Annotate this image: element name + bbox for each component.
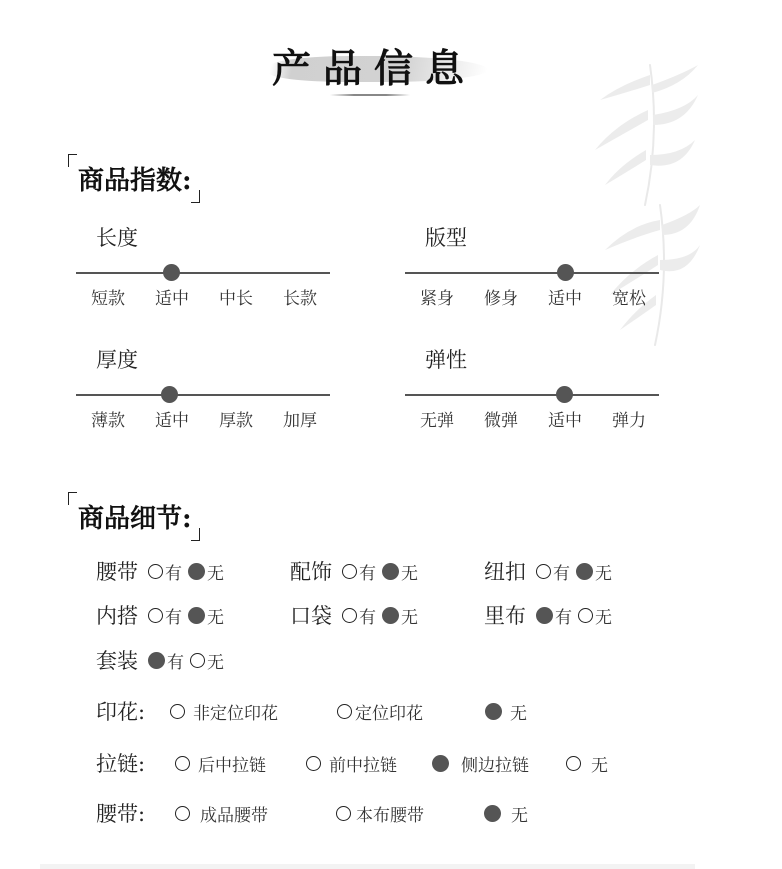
page-title-block: 产品信息 <box>262 30 492 100</box>
radio-no-label: 无 <box>207 559 224 584</box>
print-option-none[interactable]: 无 <box>485 699 533 724</box>
radio-no-label: 无 <box>401 603 418 628</box>
metric-option[interactable]: 弹力 <box>597 406 661 431</box>
metric-fit: 版型 紧身 修身 适中 宽松 <box>405 222 661 332</box>
radio-yes[interactable] <box>536 564 551 579</box>
option-label: 侧边拉链 <box>461 751 529 776</box>
radio[interactable] <box>306 756 321 771</box>
detail-label: 套装 <box>96 645 138 675</box>
zipper-option-front[interactable]: 前中拉链 <box>306 751 403 776</box>
metric-thickness: 厚度 薄款 适中 厚款 加厚 <box>76 344 332 454</box>
radio[interactable] <box>432 755 449 772</box>
detail-row: 内搭 有 无 口袋 有 无 里布 有 无 <box>96 600 618 630</box>
zipper-option-none[interactable]: 无 <box>566 751 614 776</box>
print-option-non-positional[interactable]: 非定位印花 <box>170 699 284 724</box>
detail-label: 印花: <box>96 696 145 726</box>
metric-option[interactable]: 适中 <box>140 284 204 309</box>
section-heading-text: 商品指数: <box>78 166 192 196</box>
metric-track <box>405 272 659 274</box>
title-divider <box>330 94 410 96</box>
radio-no[interactable] <box>188 563 205 580</box>
radio-yes[interactable] <box>342 564 357 579</box>
radio[interactable] <box>170 704 185 719</box>
radio-yes[interactable] <box>148 564 163 579</box>
detail-label: 口袋 <box>290 600 332 630</box>
detail-inner-layer: 内搭 有 无 <box>96 600 290 630</box>
metric-label: 长度 <box>96 222 138 252</box>
section-heading-index: 商品指数: <box>78 160 192 197</box>
detail-label: 纽扣 <box>484 556 526 586</box>
metric-label: 弹性 <box>425 344 467 374</box>
detail-set: 套装 有 无 <box>96 645 230 675</box>
radio[interactable] <box>485 703 502 720</box>
detail-accessories: 配饰 有 无 <box>290 556 484 586</box>
detail-row: 套装 有 无 <box>96 645 230 675</box>
radio[interactable] <box>566 756 581 771</box>
metric-option[interactable]: 加厚 <box>268 406 332 431</box>
metric-option[interactable]: 适中 <box>533 406 597 431</box>
radio-no-label: 无 <box>401 559 418 584</box>
metric-track <box>76 394 330 396</box>
detail-label: 里布 <box>484 600 526 630</box>
radio-yes-label: 有 <box>165 559 182 584</box>
detail-label: 拉链: <box>96 748 145 778</box>
radio-yes[interactable] <box>148 652 165 669</box>
page-title: 产品信息 <box>272 38 476 94</box>
metric-elasticity: 弹性 无弹 微弹 适中 弹力 <box>405 344 661 454</box>
metric-options: 薄款 适中 厚款 加厚 <box>76 406 332 431</box>
detail-buttons: 纽扣 有 无 <box>484 556 618 586</box>
metric-option[interactable]: 适中 <box>533 284 597 309</box>
radio-yes[interactable] <box>342 608 357 623</box>
metric-option[interactable]: 紧身 <box>405 284 469 309</box>
metric-track <box>405 394 659 396</box>
radio-no[interactable] <box>188 607 205 624</box>
metric-option[interactable]: 厚款 <box>204 406 268 431</box>
option-label: 无 <box>591 751 608 776</box>
detail-lining: 里布 有 无 <box>484 600 618 630</box>
option-label: 无 <box>510 699 527 724</box>
radio-no[interactable] <box>578 608 593 623</box>
radio-yes-label: 有 <box>555 603 572 628</box>
metric-option[interactable]: 中长 <box>204 284 268 309</box>
radio-no[interactable] <box>190 653 205 668</box>
bottom-divider <box>40 864 695 869</box>
metric-option[interactable]: 适中 <box>140 406 204 431</box>
detail-belt: 腰带 有 无 <box>96 556 290 586</box>
waistband-option-finished[interactable]: 成品腰带 <box>175 801 274 826</box>
radio-no[interactable] <box>382 563 399 580</box>
option-label: 定位印花 <box>355 699 423 724</box>
metric-option[interactable]: 宽松 <box>597 284 661 309</box>
radio-no-label: 无 <box>207 648 224 673</box>
radio-yes-label: 有 <box>359 559 376 584</box>
print-option-positional[interactable]: 定位印花 <box>337 699 429 724</box>
radio-no[interactable] <box>382 607 399 624</box>
detail-row: 腰带 有 无 配饰 有 无 纽扣 有 无 <box>96 556 618 586</box>
radio-no-label: 无 <box>207 603 224 628</box>
bracket-left <box>68 492 77 505</box>
metric-knob[interactable] <box>161 386 178 403</box>
bracket-right <box>191 528 200 541</box>
radio-yes-label: 有 <box>553 559 570 584</box>
zipper-option-back[interactable]: 后中拉链 <box>175 751 272 776</box>
option-label: 无 <box>511 801 528 826</box>
radio-yes-label: 有 <box>165 603 182 628</box>
metric-options: 无弹 微弹 适中 弹力 <box>405 406 661 431</box>
section-heading-text: 商品细节: <box>78 504 192 534</box>
radio-yes[interactable] <box>148 608 163 623</box>
metric-knob[interactable] <box>557 264 574 281</box>
option-label: 非定位印花 <box>193 699 278 724</box>
metric-options: 紧身 修身 适中 宽松 <box>405 284 661 309</box>
radio-no[interactable] <box>576 563 593 580</box>
section-heading-details: 商品细节: <box>78 498 192 535</box>
radio[interactable] <box>336 806 351 821</box>
metric-option[interactable]: 无弹 <box>405 406 469 431</box>
bracket-left <box>68 154 77 167</box>
option-label: 前中拉链 <box>329 751 397 776</box>
metric-knob[interactable] <box>163 264 180 281</box>
metric-track <box>76 272 330 274</box>
metric-option[interactable]: 长款 <box>268 284 332 309</box>
radio-yes-label: 有 <box>359 603 376 628</box>
metric-label: 版型 <box>425 222 467 252</box>
detail-label: 内搭 <box>96 600 138 630</box>
detail-pockets: 口袋 有 无 <box>290 600 484 630</box>
metric-label: 厚度 <box>96 344 138 374</box>
zipper-option-side[interactable]: 侧边拉链 <box>432 751 535 776</box>
metric-knob[interactable] <box>556 386 573 403</box>
metric-length: 长度 短款 适中 中长 长款 <box>76 222 332 332</box>
radio[interactable] <box>175 756 190 771</box>
option-label: 成品腰带 <box>200 801 268 826</box>
metric-option[interactable]: 微弹 <box>469 406 533 431</box>
waistband-option-none[interactable]: 无 <box>484 801 534 826</box>
detail-label: 配饰 <box>290 556 332 586</box>
bracket-right <box>191 190 200 203</box>
metric-option[interactable]: 短款 <box>76 284 140 309</box>
metric-option[interactable]: 薄款 <box>76 406 140 431</box>
radio-yes-label: 有 <box>167 648 184 673</box>
metric-option[interactable]: 修身 <box>469 284 533 309</box>
detail-label: 腰带: <box>96 798 145 828</box>
product-info-page: 产品信息 商品指数: 长度 短款 适中 中长 长款 版型 紧身 修身 适中 宽松… <box>0 0 782 869</box>
radio[interactable] <box>175 806 190 821</box>
radio-no-label: 无 <box>595 559 612 584</box>
radio-yes[interactable] <box>536 607 553 624</box>
radio[interactable] <box>484 805 501 822</box>
radio[interactable] <box>337 704 352 719</box>
detail-label: 腰带 <box>96 556 138 586</box>
option-label: 本布腰带 <box>356 801 424 826</box>
radio-no-label: 无 <box>595 603 612 628</box>
option-label: 后中拉链 <box>198 751 266 776</box>
metric-options: 短款 适中 中长 长款 <box>76 284 332 309</box>
waistband-option-self-fabric[interactable]: 本布腰带 <box>336 801 430 826</box>
